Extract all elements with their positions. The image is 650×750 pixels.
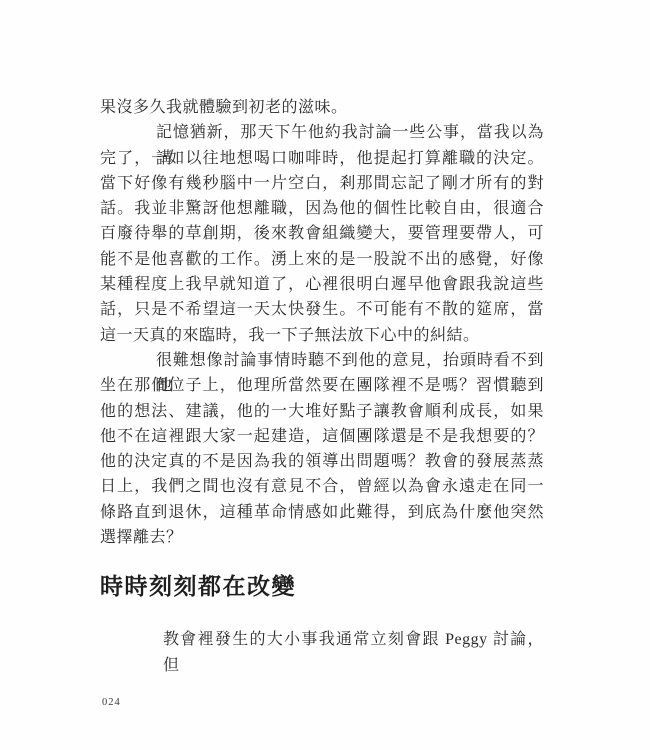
text-column: 果沒多久我就體驗到初老的滋味。記憶猶新，那天下午他約我討論一些公事，當我以為講完…: [100, 95, 544, 653]
paragraph: 很難想像討論事情時聽不到他的意見，抬頭時看不到他坐在那個位子上，他理所當然要在團…: [100, 348, 544, 550]
body-text-line: 這一天真的來臨時，我一下子無法放下心中的糾結。: [100, 323, 544, 348]
body-text-line: 教會裡發生的大小事我通常立刻會跟 Peggy 討論，但: [100, 627, 544, 652]
body-text-line: 很難想像討論事情時聽不到他的意見，抬頭時看不到他: [100, 348, 544, 373]
body-text-line: 日上，我們之間也沒有意見不合，曾經以為會永遠走在同一: [100, 474, 544, 499]
body-text-line: 選擇離去？: [100, 525, 544, 550]
body-text-line: 記憶猶新，那天下午他約我討論一些公事，當我以為講: [100, 120, 544, 145]
body-text-line: 果沒多久我就體驗到初老的滋味。: [100, 95, 544, 120]
body-text-line: 話，只是不希望這一天太快發生。不可能有不散的筵席，當: [100, 297, 544, 322]
body-text-line: 坐在那個位子上，他理所當然要在團隊裡不是嗎？習慣聽到: [100, 373, 544, 398]
body-text-line: 他的想法、建議，他的一大堆好點子讓教會順利成長，如果: [100, 399, 544, 424]
body-text-line: 百廢待舉的草創期，後來教會組織變大，要管理要帶人，可: [100, 221, 544, 246]
body-text-line: 能不是他喜歡的工作。湧上來的是一股說不出的感覺，好像: [100, 247, 544, 272]
body-text-line: 當下好像有幾秒腦中一片空白，剎那間忘記了剛才所有的對: [100, 171, 544, 196]
body-text-line: 完了，一如以往地想喝口咖啡時，他提起打算離職的決定。: [100, 146, 544, 171]
paragraph: 果沒多久我就體驗到初老的滋味。: [100, 95, 544, 120]
paragraph: 記憶猶新，那天下午他約我討論一些公事，當我以為講完了，一如以往地想喝口咖啡時，他…: [100, 120, 544, 348]
body-text-line: 某種程度上我早就知道了，心裡很明白遲早他會跟我說這些: [100, 272, 544, 297]
page-number: 024: [102, 697, 121, 708]
body-text-line: 他不在這裡跟大家一起建造，這個團隊還是不是我想要的？: [100, 424, 544, 449]
section-heading: 時時刻刻都在改變: [100, 574, 544, 600]
body-text-line: 他的決定真的不是因為我的領導出問題嗎？教會的發展蒸蒸: [100, 449, 544, 474]
book-page: 果沒多久我就體驗到初老的滋味。記憶猶新，那天下午他約我討論一些公事，當我以為講完…: [0, 0, 650, 750]
paragraph: 教會裡發生的大小事我通常立刻會跟 Peggy 討論，但: [100, 627, 544, 652]
body-text-line: 話。我並非驚訝他想離職，因為他的個性比較自由，很適合: [100, 196, 544, 221]
body-text-line: 條路直到退休，這種革命情感如此難得，到底為什麼他突然: [100, 500, 544, 525]
